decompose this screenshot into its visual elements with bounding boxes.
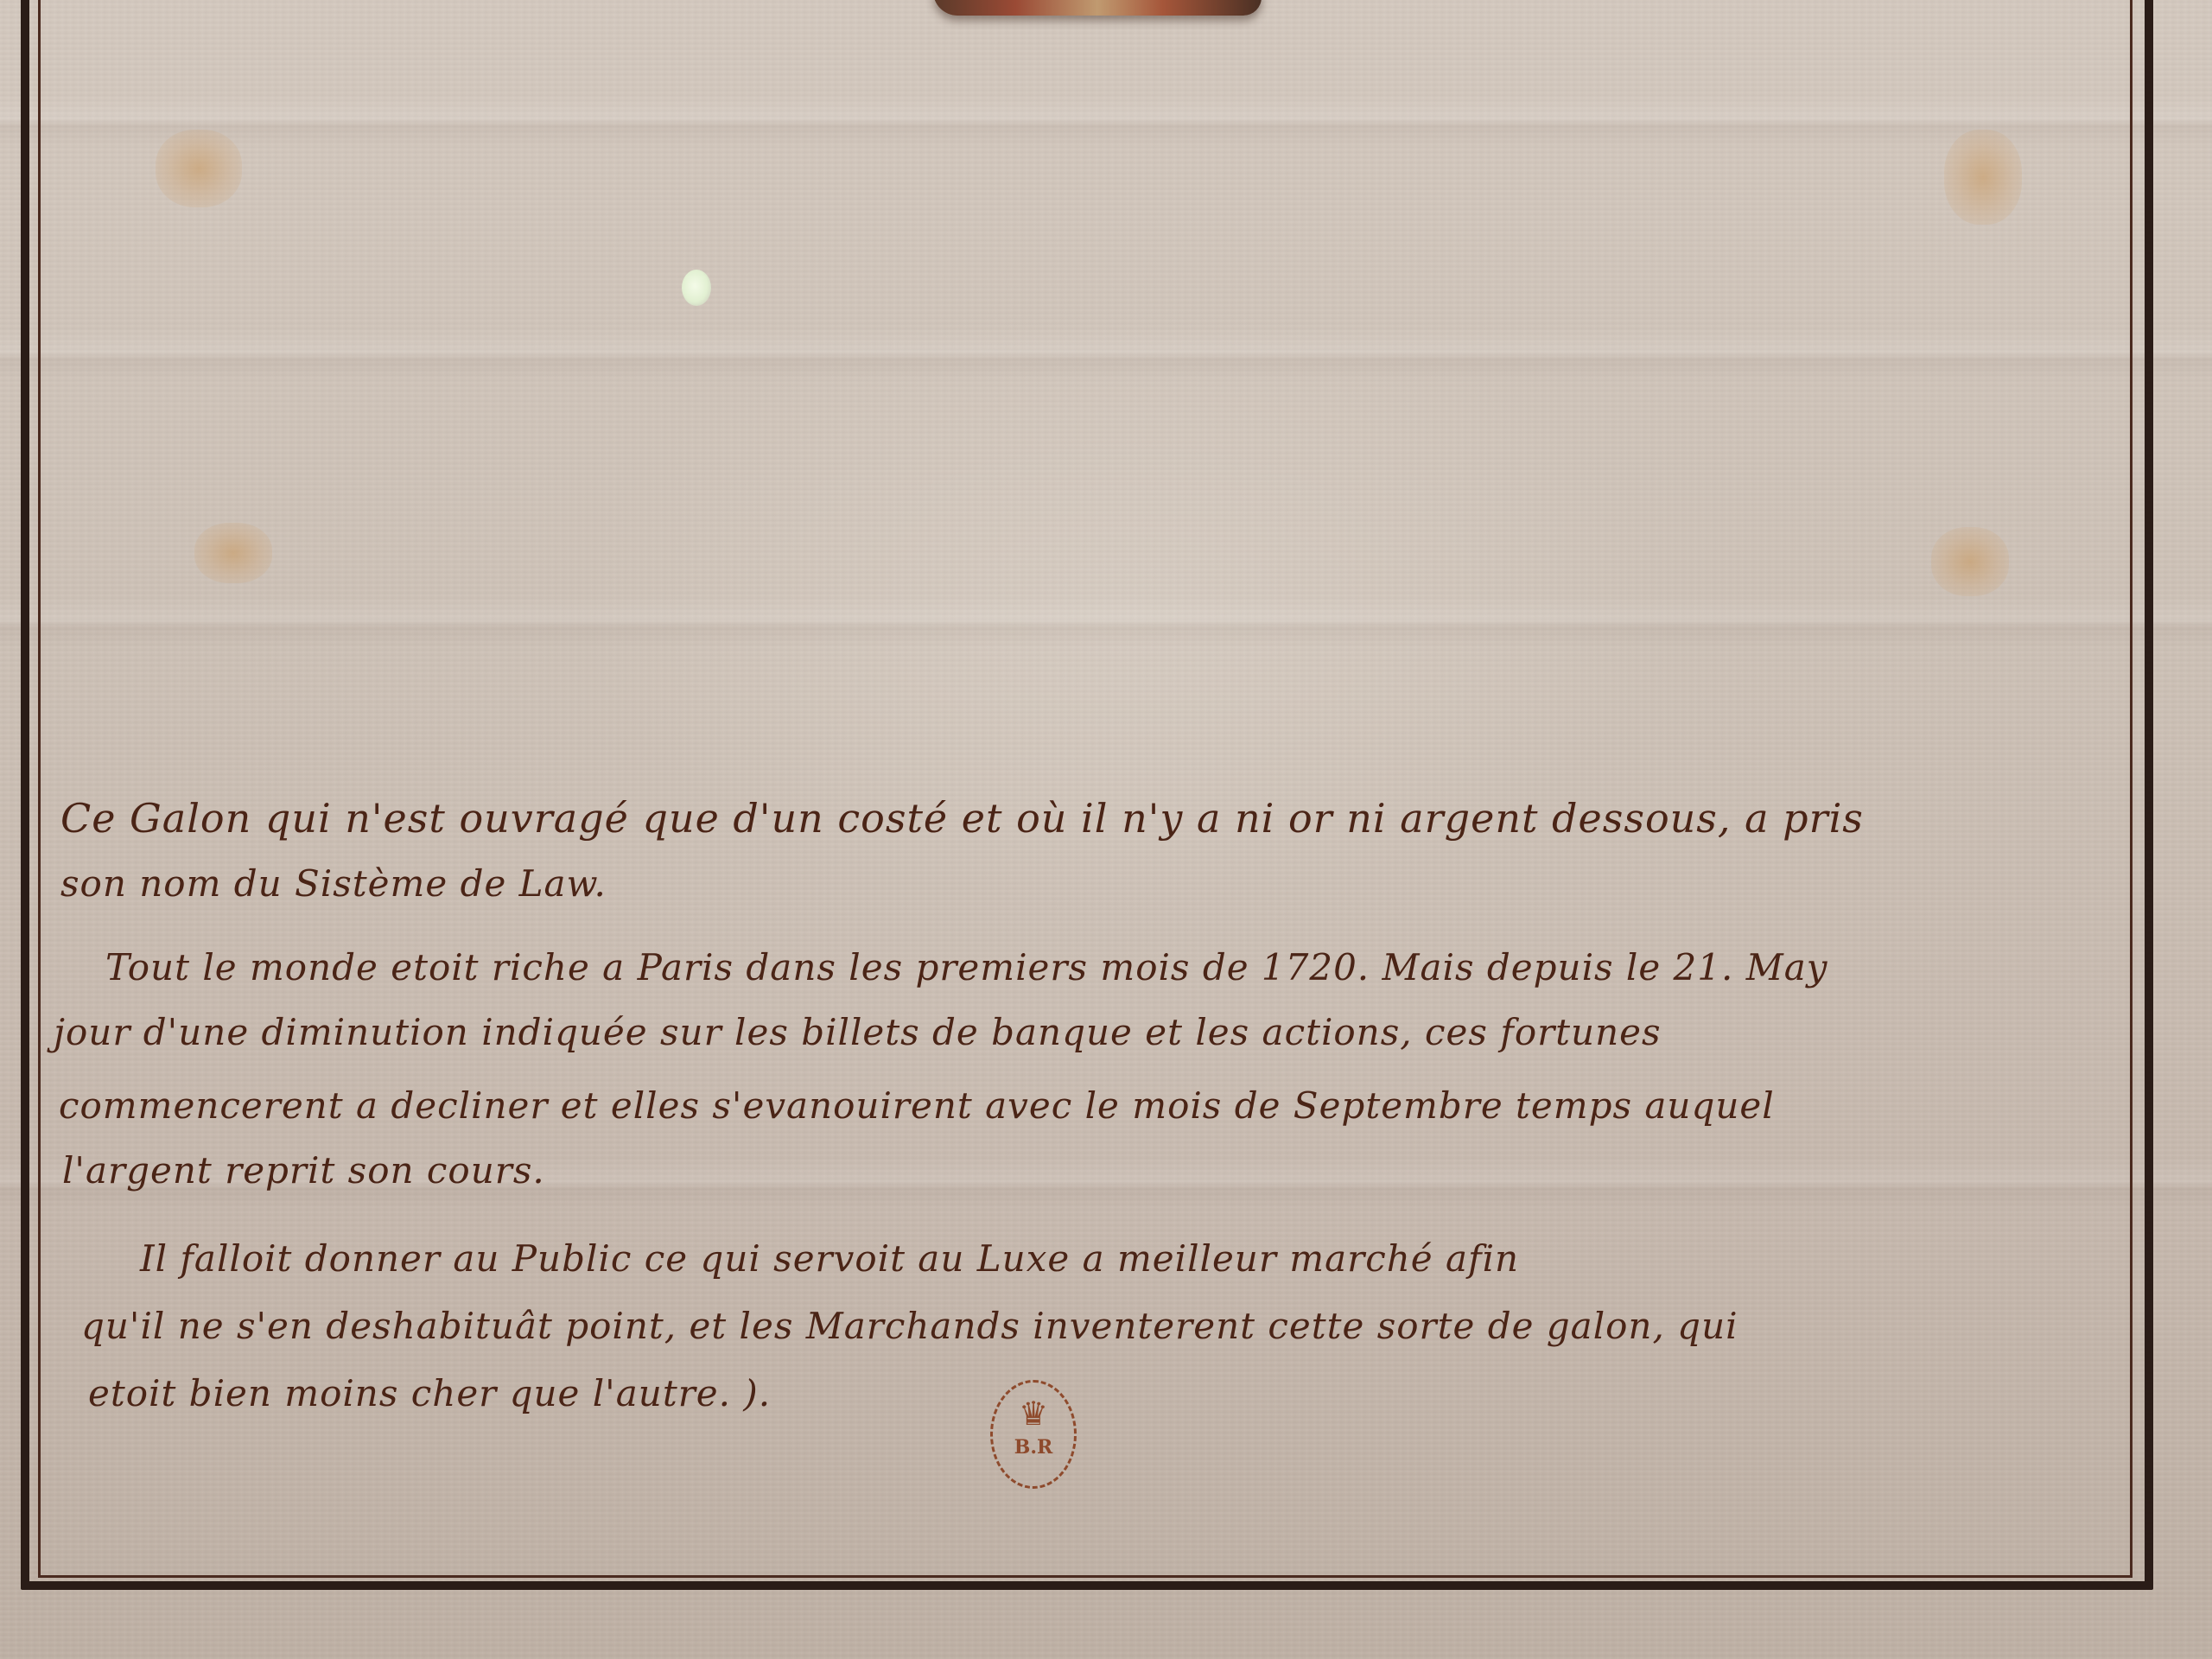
stamp-initials: B.R [993,1436,1074,1459]
paragraph-3-line-1: Il falloit donner au Public ce qui servo… [140,1233,1519,1285]
paragraph-2-line-4: l'argent reprit son cours. [62,1145,545,1197]
paragraph-1-line-2: son nom du Sistème de Law. [60,858,607,910]
paragraph-2-line-3: commencerent a decliner et elles s'evano… [59,1080,1775,1132]
document-photo: Ce Galon qui n'est ouvragé que d'un cost… [0,0,2212,1659]
paragraph-3-line-2: qu'il ne s'en deshabituât point, et les … [81,1300,1738,1352]
paragraph-1-line-1: Ce Galon qui n'est ouvragé que d'un cost… [60,792,1864,844]
library-stamp: ♛ B.R [990,1380,1077,1489]
paragraph-2-line-1: Tout le monde etoit riche a Paris dans l… [105,942,1827,994]
crown-icon: ♛ [993,1396,1074,1431]
paragraph-2-line-2: jour d'une diminution indiquée sur les b… [54,1007,1662,1058]
paragraph-3-line-3: etoit bien moins cher que l'autre. ). [88,1368,771,1420]
